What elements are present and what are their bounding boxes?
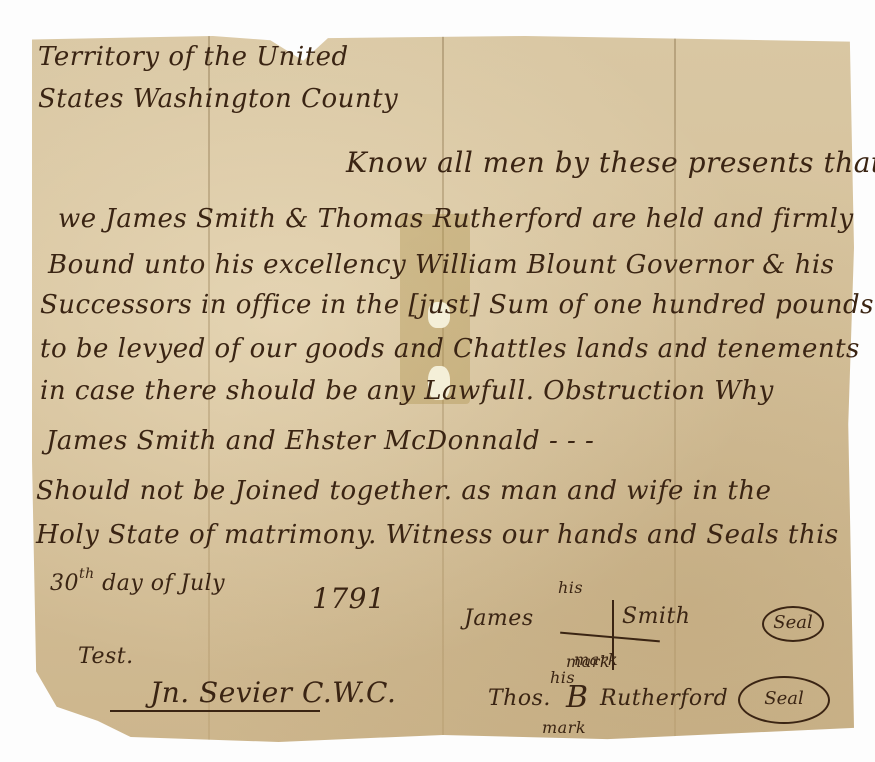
body-line-3: Bound unto his excellency William Blount… bbox=[48, 250, 835, 280]
signer-1-first: James bbox=[464, 606, 534, 631]
date-day: 30 bbox=[50, 571, 79, 596]
body-line-8: Should not be Joined together. as man an… bbox=[36, 476, 772, 506]
signer-2-first: Thos. bbox=[488, 686, 551, 711]
signer-2-seal: Seal bbox=[738, 676, 830, 724]
date-line: 30th day of July bbox=[50, 566, 225, 596]
body-line-4: Successors in office in the [just] Sum o… bbox=[40, 290, 874, 320]
signer-2-mark-above: mark bbox=[574, 650, 618, 669]
body-line-2: we James Smith & Thomas Rutherford are h… bbox=[58, 204, 854, 234]
body-line-5: to be levyed of our goods and Chattles l… bbox=[40, 334, 860, 364]
signer-2-initial-mark: B bbox=[566, 680, 589, 715]
signer-1-his: his bbox=[558, 578, 583, 597]
body-line-1: Know all men by these presents that bbox=[346, 146, 875, 179]
date-text: day of July bbox=[102, 571, 225, 596]
heading-line-1: Territory of the United bbox=[38, 42, 349, 72]
date-year: 1791 bbox=[312, 582, 385, 615]
body-line-7: James Smith and Ehster McDonnald - - - bbox=[46, 426, 594, 456]
attest-flourish bbox=[110, 710, 320, 712]
body-line-9: Holy State of matrimony. Witness our han… bbox=[36, 520, 839, 550]
attest-signature: Jn. Sevier C.W.C. bbox=[150, 676, 396, 709]
signer-2-mark-below: mark bbox=[542, 718, 586, 737]
attest-label: Test. bbox=[78, 644, 134, 669]
signer-1-seal: Seal bbox=[762, 606, 824, 642]
body-line-6: in case there should be any Lawfull. Obs… bbox=[40, 376, 774, 406]
signer-1-last: Smith bbox=[622, 604, 690, 629]
date-ordinal: th bbox=[79, 566, 95, 582]
heading-line-2: States Washington County bbox=[38, 84, 398, 114]
signer-2-last: Rutherford bbox=[600, 686, 728, 711]
